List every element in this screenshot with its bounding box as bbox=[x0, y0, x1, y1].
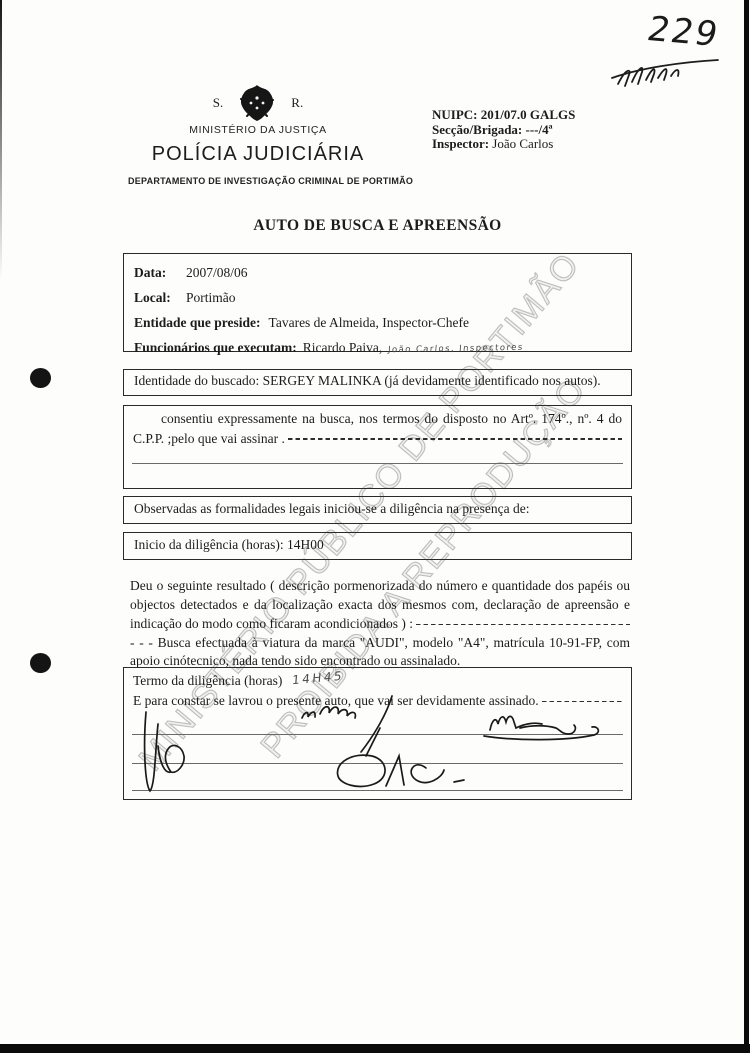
scan-edge-left bbox=[0, 0, 2, 280]
consent-line-2: C.P.P. ;pelo que vai assinar . bbox=[133, 429, 622, 449]
header-s-label: S. bbox=[213, 95, 223, 111]
signature-right bbox=[490, 716, 542, 730]
identity-text: Identidade do buscado: SERGEY MALINKA (j… bbox=[134, 373, 601, 388]
result-line-1: Deu o seguinte resultado ( descrição por… bbox=[130, 577, 630, 596]
info-row-entidade: Entidade que preside:Tavares de Almeida,… bbox=[134, 310, 621, 335]
consent-line-1: consentiu expressamente na busca, nos te… bbox=[133, 410, 622, 429]
info-row-local: Local:Portimão bbox=[134, 285, 621, 310]
case-inspector: Inspector: João Carlos bbox=[432, 137, 575, 152]
dash-filler bbox=[416, 614, 630, 628]
info-row-data: Data:2007/08/06 bbox=[134, 260, 621, 285]
formalities-text: Observadas as formalidades legais inicio… bbox=[134, 501, 529, 516]
identity-box: Identidade do buscado: SERGEY MALINKA (j… bbox=[123, 369, 632, 396]
case-seccao: Secção/Brigada: ---/4ª bbox=[432, 123, 575, 138]
signature-middle-upper bbox=[302, 712, 315, 718]
result-paragraph: Deu o seguinte resultado ( descrição por… bbox=[130, 577, 630, 671]
start-time-box: Inicio da diligência (horas): 14H00 bbox=[123, 532, 632, 560]
coat-of-arms-icon bbox=[237, 84, 277, 122]
signature-bottom-oval bbox=[337, 755, 385, 786]
start-time-text: Inicio da diligência (horas): 14H00 bbox=[134, 537, 324, 552]
result-line-3: indicação do modo como ficaram acondicio… bbox=[130, 614, 630, 634]
signatures-overlay bbox=[124, 668, 633, 801]
consent-signature-line bbox=[132, 463, 623, 464]
scan-edge-bottom bbox=[0, 1044, 750, 1053]
ministry-name: MINISTÉRIO DA JUSTIÇA bbox=[125, 124, 391, 136]
case-nuipc: NUIPC: 201/07.0 GALGS bbox=[432, 108, 575, 123]
crossed-out-scribble bbox=[610, 48, 725, 90]
signature-left bbox=[145, 712, 158, 791]
department-name: DEPARTAMENTO DE INVESTIGAÇÃO CRIMINAL DE… bbox=[128, 176, 413, 186]
result-line-4: - - - Busca efectuada à viatura da marca… bbox=[130, 634, 630, 653]
org-name: POLÍCIA JUDICIÁRIA bbox=[125, 143, 391, 166]
consent-box: consentiu expressamente na busca, nos te… bbox=[123, 405, 632, 489]
dash-filler bbox=[288, 429, 622, 443]
result-line-2: objectos detectados e da localização exa… bbox=[130, 596, 630, 615]
info-row-funcionarios: Funcionários que executam:Ricardo Paiva,… bbox=[134, 335, 621, 363]
header-r-label: R. bbox=[291, 95, 303, 111]
document-title: AUTO DE BUSCA E APREENSÃO bbox=[123, 217, 632, 235]
punch-hole-bottom bbox=[30, 653, 51, 673]
formalities-box: Observadas as formalidades legais inicio… bbox=[123, 496, 632, 524]
info-box: Data:2007/08/06 Local:Portimão Entidade … bbox=[123, 253, 632, 352]
closing-box: Termo da diligência (horas)14H45 E para … bbox=[123, 667, 632, 800]
handwritten-officers-note: João Carlos, Inspectores bbox=[387, 336, 525, 363]
punch-hole-top bbox=[30, 368, 51, 388]
header-left-block: S. R. MINISTÉRIO DA JUSTIÇA POLÍCIA JUDI… bbox=[125, 84, 391, 166]
case-reference-block: NUIPC: 201/07.0 GALGS Secção/Brigada: --… bbox=[432, 108, 575, 152]
scan-edge-right bbox=[744, 0, 749, 1053]
